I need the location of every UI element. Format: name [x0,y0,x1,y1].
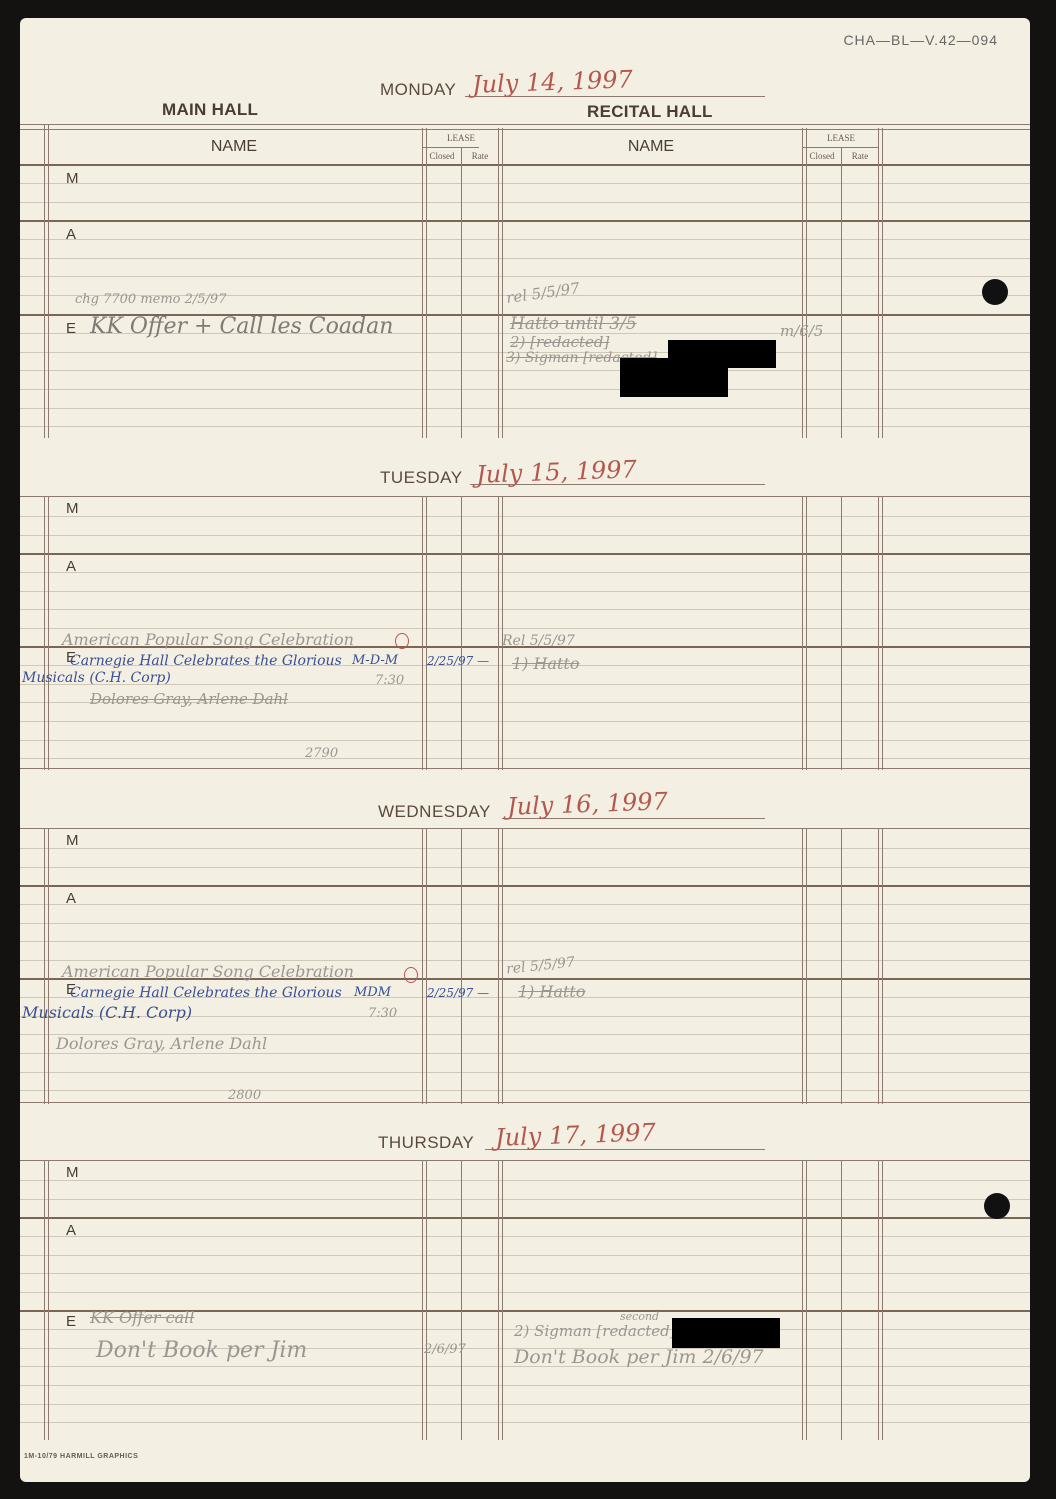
day-block-monday: NAME LEASE Closed Rate NAME LEASE Closed… [20,124,1030,438]
main-evening-count: 2790 [305,746,338,761]
main-closed-header: Closed [423,151,461,161]
period-evening: E [66,320,76,337]
main-hall-title: MAIN HALL [162,100,258,120]
main-evening-entry-line-2: Musicals (C.H. Corp) [22,1003,192,1022]
recital-closed-header: Closed [803,151,841,161]
main-evening-time: 7:30 [375,673,404,688]
handwritten-date-wednesday: July 16, 1997 [507,787,669,821]
main-evening-struck-entry: KK Offer call [90,1308,194,1327]
recital-evening-side-note: m/6/5 [780,322,823,340]
printer-credit: 1M-10/79 HARMILL GRAPHICS [24,1453,138,1460]
circled-mark [395,633,409,649]
main-evening-performers: Dolores Gray, Arlene Dahl [90,690,288,708]
main-evening-time: 7:30 [368,1006,397,1021]
recital-evening-note: rel 5/5/97 [505,954,575,977]
main-evening-performers: Dolores Gray, Arlene Dahl [56,1034,267,1053]
redaction-box [672,1318,780,1348]
main-evening-note: chg 7700 memo 2/5/97 [75,292,226,307]
redaction-box [620,358,728,397]
main-rate-header: Rate [461,151,499,161]
main-evening-count: 2800 [228,1088,261,1103]
main-evening-entry: KK Offer + Call les Coadan [90,314,393,339]
recital-hall-title: RECITAL HALL [587,102,713,122]
handwritten-date-thursday: July 17, 1997 [495,1118,657,1152]
main-evening-event-title: American Popular Song Celebration [62,962,354,981]
binder-hole [984,1193,1010,1219]
reference-code: CHA—BL—V.42—094 [843,32,998,48]
main-lease-header: LEASE [423,133,499,143]
period-morning: M [66,832,79,849]
recital-evening-line-1: 2) Sigman [redacted] [514,1322,676,1340]
recital-evening-line-2: 2) [redacted] [510,333,609,351]
recital-evening-note: rel 5/5/97 [505,279,581,307]
main-evening-closed-date: 2/25/97 — [427,654,489,668]
day-title-thursday: THURSDAY [378,1133,474,1153]
recital-lease-header: LEASE [803,133,879,143]
main-evening-closed-date: 2/25/97 — [427,986,489,1000]
day-block-wednesday: M A E American Popular Song Celebration … [20,828,1030,1104]
booking-ledger-page: CHA—BL—V.42—094 MONDAY July 14, 1997 MAI… [20,18,1030,1482]
main-evening-event-title: American Popular Song Celebration [62,630,354,649]
main-evening-booker: MDM [354,985,391,1000]
recital-evening-entry: 1) Hatto [518,982,586,1001]
recital-evening-note: Rel 5/5/97 [502,633,575,649]
main-evening-booker: M-D-M [352,653,398,668]
main-evening-closed-date: 2/6/97 [424,1342,466,1357]
handwritten-date-tuesday: July 15, 1997 [476,455,638,489]
day-block-thursday: M A E KK Offer call Don't Book per Jim 2… [20,1160,1030,1440]
period-morning: M [66,170,79,187]
period-evening: E [66,1313,76,1330]
recital-rate-header: Rate [841,151,879,161]
period-morning: M [66,500,79,517]
recital-evening-line-1: Hatto until 3/5 [510,314,637,334]
main-name-header: NAME [45,138,423,156]
period-morning: M [66,1164,79,1181]
recital-name-header: NAME [499,138,803,156]
binder-hole [982,279,1008,305]
main-evening-entry-line-1: Carnegie Hall Celebrates the Glorious [70,985,342,1001]
period-afternoon: A [66,226,76,243]
main-evening-entry-line-1: Carnegie Hall Celebrates the Glorious [70,653,342,669]
main-evening-entry-line-2: Musicals (C.H. Corp) [22,670,171,686]
day-block-tuesday: M A E American Popular Song Celebration … [20,496,1030,770]
day-title-tuesday: TUESDAY [380,468,463,488]
main-evening-entry: Don't Book per Jim [96,1338,307,1363]
handwritten-date-monday: July 14, 1997 [472,65,634,99]
day-title-monday: MONDAY [380,80,456,100]
circled-mark [404,967,418,983]
recital-evening-line-2: Don't Book per Jim 2/6/97 [514,1346,764,1368]
recital-evening-entry: 1) Hatto [512,654,580,673]
day-title-wednesday: WEDNESDAY [378,802,491,822]
